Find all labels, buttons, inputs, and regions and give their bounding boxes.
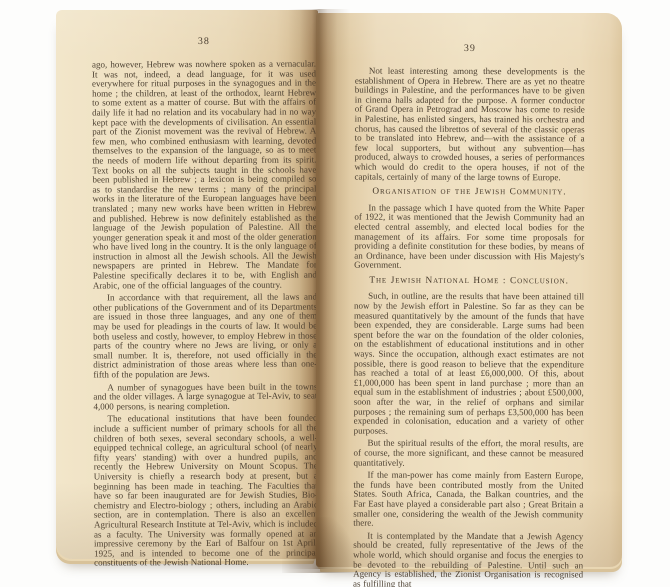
- right-page-text-block: 39 Not least interesting among these dev…: [353, 43, 585, 587]
- left-page-text-block: 38 ago, however, Hebrew was nowhere spok…: [92, 36, 318, 572]
- page-number-right: 39: [355, 43, 585, 55]
- photo-background: 38 ago, however, Hebrew was nowhere spok…: [0, 0, 670, 587]
- body-paragraph: A number of synagogues have been built i…: [93, 382, 317, 412]
- body-paragraph: In accordance with that requirement, all…: [93, 293, 317, 380]
- body-paragraph: If the man-power has come mainly from Ea…: [353, 471, 583, 529]
- right-page-body: Not least interesting among these develo…: [353, 67, 585, 587]
- body-paragraph: The educational institutions that have b…: [93, 414, 318, 568]
- open-book: 38 ago, however, Hebrew was nowhere spok…: [56, 9, 622, 569]
- book-page-left: 38 ago, however, Hebrew was nowhere spok…: [56, 10, 318, 559]
- book-page-right: 39 Not least interesting among these dev…: [316, 13, 622, 567]
- section-heading: Organisation of the Jewish Community.: [354, 188, 584, 198]
- left-page-body: ago, however, Hebrew was nowhere spoken …: [92, 60, 318, 569]
- body-paragraph: Not least interesting among these develo…: [354, 67, 584, 183]
- page-number-left: 38: [92, 36, 316, 48]
- body-paragraph: It is contemplated by the Mandate that a…: [353, 531, 583, 587]
- body-paragraph: ago, however, Hebrew was nowhere spoken …: [92, 60, 317, 291]
- body-paragraph: But the spiritual results of the effort,…: [353, 439, 583, 469]
- section-heading: The Jewish National Home : Conclusion.: [354, 276, 584, 286]
- body-paragraph: In the passage which I have quoted from …: [354, 203, 584, 271]
- body-paragraph: Such, in outline, are the results that h…: [354, 292, 585, 437]
